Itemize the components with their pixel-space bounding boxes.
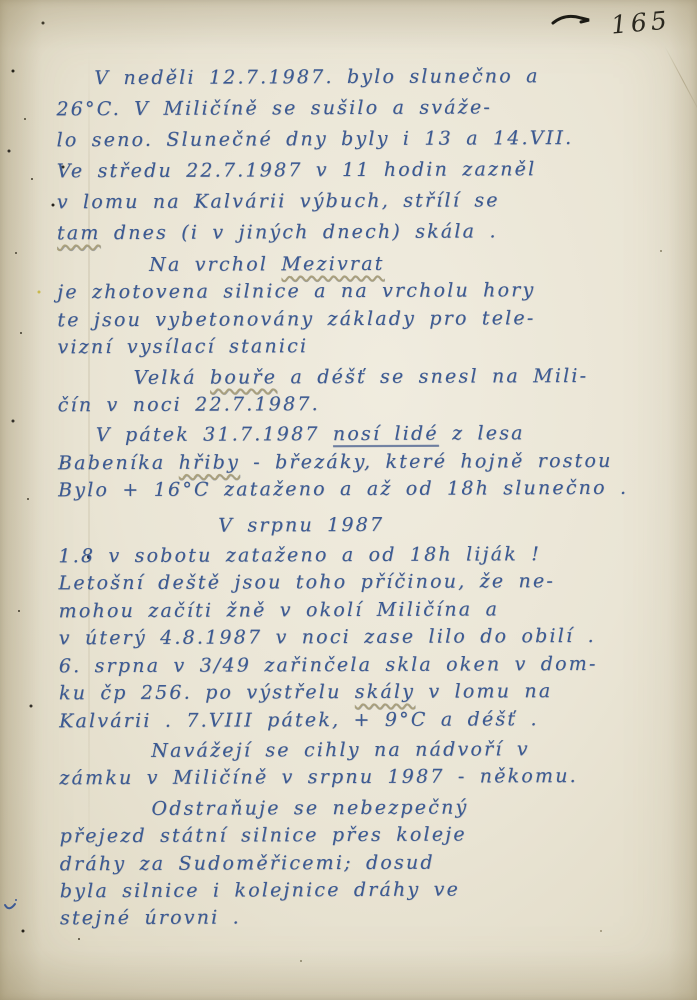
text-line: Letošní deště jsou toho příčinou, že ne- (58, 568, 667, 598)
text-segment: stejné úrovni . (60, 907, 241, 930)
text-line: vizní vysílací stanici (57, 332, 666, 362)
text-segment: 1.8 v sobotu zataženo a od 18h liják ! (58, 543, 541, 567)
text-line: čín v noci 22.7.1987. (58, 390, 667, 420)
text-segment: lo seno. Slunečné dny byly i 13 a 14.VII… (57, 127, 574, 151)
text-segment: a déšť se snesl na Mili- (277, 365, 588, 388)
text-segment: skály (355, 681, 416, 703)
text-segment: V pátek 31.7.1987 (96, 424, 333, 447)
paragraph: V pátek 31.7.1987 nosí lidé z lesaBabení… (58, 420, 667, 505)
text-line: přejezd státní silnice přes koleje (60, 821, 669, 851)
text-line: v lomu na Kalvárii výbuch, střílí se (57, 185, 666, 219)
text-line: dráhy za Sudoměřicemi; dosud (60, 848, 669, 878)
text-segment: Na vrchol (149, 253, 281, 276)
text-segment: ku čp 256. po výstřelu (59, 681, 355, 704)
paragraph: Na vrchol Mezivratje zhotovena silnice a… (57, 250, 666, 362)
text-segment: přejezd státní silnice přes koleje (60, 824, 467, 848)
text-line: Babeníka hřiby - březáky, které hojně ro… (58, 447, 667, 477)
text-line: 6. srpna v 3/49 zařinčela skla oken v do… (59, 650, 668, 680)
text-segment: 6. srpna v 3/49 zařinčela skla oken v do… (59, 653, 598, 677)
text-line: v úterý 4.8.1987 v noci zase lilo do obi… (59, 623, 668, 653)
text-segment: Ve středu 22.7.1987 v 11 hodin zazněl (57, 158, 537, 182)
text-segment: Mezivrat (281, 253, 384, 275)
text-segment: dnes (i v jiných dnech) skála . (101, 220, 498, 244)
text-segment: z lesa (439, 423, 525, 445)
manuscript-text: V neděli 12.7.1987. bylo slunečno a26°C.… (0, 0, 697, 933)
text-segment: byla silnice i kolejnice dráhy ve (60, 878, 460, 902)
text-segment: v úterý 4.8.1987 v noci zase lilo do obi… (59, 625, 596, 649)
text-line: ku čp 256. po výstřelu skály v lomu na (59, 678, 668, 708)
text-segment: tam (57, 222, 101, 244)
paragraph: Velká bouře a déšť se snesl na Mili-čín … (58, 362, 667, 419)
text-line: byla silnice i kolejnice dráhy ve (60, 876, 669, 906)
paragraph: Odstraňuje se nebezpečnýpřejezd státní s… (59, 793, 669, 933)
text-segment: Letošní deště jsou toho příčinou, že ne- (58, 571, 555, 595)
section-heading: V srpnu 1987 (58, 510, 667, 540)
text-segment: - březáky, které hojně rostou (240, 450, 613, 474)
text-segment: bouře (210, 366, 277, 388)
text-segment: Babeníka (58, 452, 179, 475)
manuscript-page: 165 V neděli 12.7.1987. bylo slunečno a2… (0, 0, 697, 1000)
text-segment: Velká (134, 366, 210, 388)
text-line: zámku v Miličíně v srpnu 1987 - někomu. (59, 763, 668, 793)
text-segment: v lomu na Kalvárii výbuch, střílí se (57, 189, 500, 213)
text-segment: vizní vysílací stanici (57, 335, 308, 358)
text-line: Odstraňuje se nebezpečný (59, 793, 668, 823)
text-segment: zámku v Miličíně v srpnu 1987 - někomu. (59, 765, 578, 789)
text-segment: te jsou vybetonovány základy pro tele- (57, 307, 535, 331)
text-line: je zhotovena silnice a na vrcholu hory (57, 277, 666, 307)
text-line: Na vrchol Mezivrat (57, 250, 666, 280)
text-line: Navážejí se cihly na nádvoří v (59, 736, 668, 766)
text-segment: čín v noci 22.7.1987. (58, 393, 320, 416)
text-segment: je zhotovena silnice a na vrcholu hory (57, 280, 535, 304)
text-line: mohou začíti žně v okolí Miličína a (59, 595, 668, 625)
text-segment: v lomu na (415, 680, 552, 703)
text-line: Kalvárii . 7.VIII pátek, + 9°C a déšť . (59, 705, 668, 735)
text-line: 26°C. V Miličíně se sušilo a sváže- (56, 92, 665, 126)
text-line: lo seno. Slunečné dny byly i 13 a 14.VII… (57, 123, 666, 157)
text-segment: 26°C. V Miličíně se sušilo a sváže- (56, 96, 492, 120)
paragraph: V neděli 12.7.1987. bylo slunečno a26°C.… (56, 61, 666, 250)
paragraph: Navážejí se cihly na nádvoří vzámku v Mi… (59, 736, 668, 793)
text-segment: dráhy za Sudoměřicemi; dosud (60, 851, 435, 875)
text-segment: mohou začíti žně v okolí Miličína a (59, 598, 500, 622)
text-segment: V neděli 12.7.1987. bylo slunečno a (94, 65, 539, 89)
text-line: Velká bouře a déšť se snesl na Mili- (58, 362, 667, 392)
text-segment: Kalvárii . 7.VIII pátek, + 9°C a déšť . (59, 708, 539, 732)
text-segment: hřiby (179, 451, 240, 473)
text-line: Ve středu 22.7.1987 v 11 hodin zazněl (57, 154, 666, 188)
text-line: stejné úrovni . (60, 903, 669, 933)
text-line: Bylo + 16°C zataženo a až od 18h slunečn… (58, 475, 667, 505)
text-line: 1.8 v sobotu zataženo a od 18h liják ! (58, 541, 667, 571)
text-segment: V srpnu 1987 (218, 514, 384, 537)
text-line: V neděli 12.7.1987. bylo slunečno a (56, 61, 665, 95)
text-segment: Bylo + 16°C zataženo a až od 18h slunečn… (58, 477, 628, 501)
text-line: V pátek 31.7.1987 nosí lidé z lesa (58, 420, 667, 450)
text-line: tam dnes (i v jiných dnech) skála . (57, 216, 666, 250)
text-segment: nosí lidé (333, 423, 439, 445)
text-line: V srpnu 1987 (58, 510, 667, 540)
text-segment: Odstraňuje se nebezpečný (151, 796, 468, 819)
text-segment: Navážejí se cihly na nádvoří v (151, 738, 530, 762)
text-line: te jsou vybetonovány základy pro tele- (57, 304, 666, 334)
paragraph: 1.8 v sobotu zataženo a od 18h liják !Le… (58, 541, 668, 735)
